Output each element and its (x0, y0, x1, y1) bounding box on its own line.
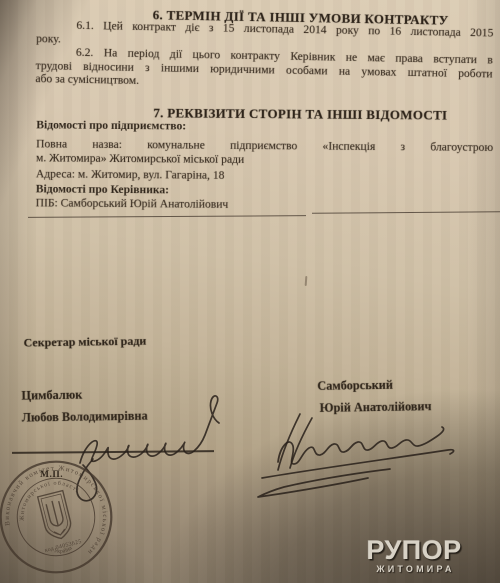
contract-photo-page: 6. ТЕРМІН ДІЇ ТА ІНШІ УМОВИ КОНТРАКТУ 6.… (0, 0, 500, 583)
director-surname: Самборський (317, 378, 393, 394)
rupor-zhytomyra-logo: РУПОР ЖИТОМИРА (364, 538, 464, 574)
logo-title: РУПОР (364, 538, 464, 562)
secretary-title: Секретар міської ради (23, 334, 146, 351)
trident-emblem (38, 491, 74, 542)
logo-subtitle: ЖИТОМИРА (364, 564, 464, 574)
signature-director (238, 402, 473, 502)
